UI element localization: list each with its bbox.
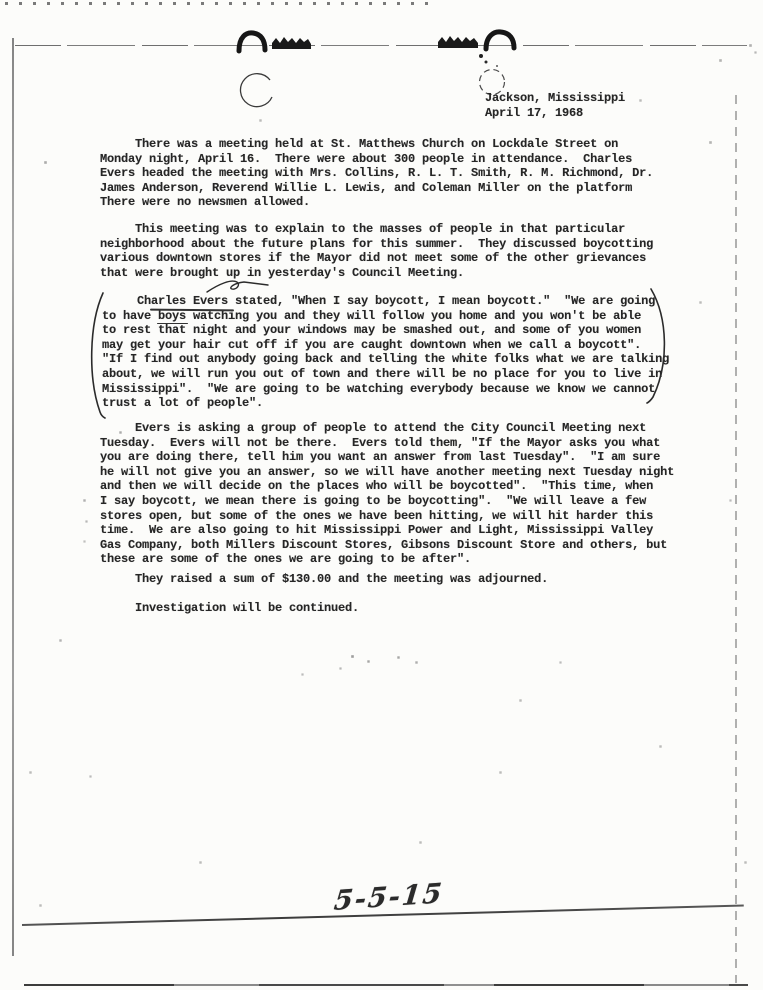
typed-line: these are some of the ones we are going … bbox=[100, 552, 674, 567]
typed-line: time. We are also going to hit Mississip… bbox=[100, 523, 674, 538]
typed-line: he will not give you an answer, so we wi… bbox=[100, 465, 674, 480]
typed-line: I say boycott, we mean there is going to… bbox=[100, 494, 674, 509]
typed-line: Gas Company, both Millers Discount Store… bbox=[100, 538, 674, 553]
handwritten-page-code: 5-5-15 bbox=[332, 878, 445, 917]
paragraph-5: They raised a sum of $130.00 and the mee… bbox=[100, 572, 548, 587]
handwritten-bracket-left bbox=[92, 293, 105, 418]
handwritten-marks bbox=[0, 0, 763, 450]
typed-line: Investigation will be continued. bbox=[100, 601, 359, 616]
handwritten-flourish bbox=[207, 281, 268, 292]
typed-line: stores open, but some of the ones we hav… bbox=[100, 509, 674, 524]
handwritten-bracket-right bbox=[647, 289, 664, 403]
scanned-document-page: Jackson, MississippiApril 17, 1968 There… bbox=[0, 0, 763, 990]
paragraph-6: Investigation will be continued. bbox=[100, 601, 359, 616]
page-bottom-edge-line bbox=[24, 984, 748, 986]
typed-line: They raised a sum of $130.00 and the mee… bbox=[100, 572, 548, 587]
typed-line: you are doing there, tell him you want a… bbox=[100, 450, 674, 465]
typed-line: and then we will decide on the places wh… bbox=[100, 479, 674, 494]
